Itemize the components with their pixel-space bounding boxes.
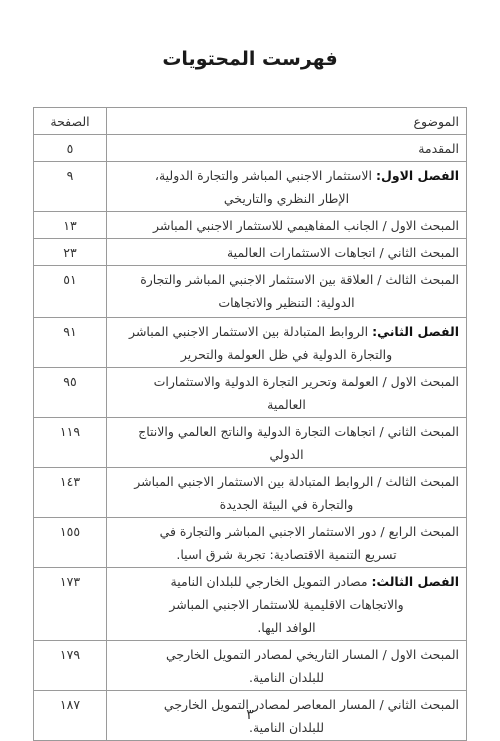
entry-title: المبحث الثالث / العلاقة بين الاستثمار ال… — [140, 272, 459, 287]
entry-title-continuation: العالمية — [114, 393, 459, 416]
entry-title: المقدمة — [418, 141, 459, 156]
entry-title: المبحث الاول / العولمة وتحرير التجارة ال… — [154, 374, 459, 389]
entry-title-continuation: الدولي — [114, 443, 459, 466]
table-row: المبحث الاول / المسار التاريخي لمصادر ال… — [34, 641, 467, 691]
chapter-label: الفصل الثالث: — [372, 574, 460, 589]
table-row: المبحث الاول / الجانب المفاهيمي للاستثما… — [34, 212, 467, 239]
page-number: ٣ — [0, 707, 500, 723]
entry-page: ١٣ — [34, 212, 107, 239]
chapter-label: الفصل الثاني: — [372, 324, 459, 339]
entry-title: المبحث الاول / المسار التاريخي لمصادر ال… — [166, 647, 459, 662]
entry-title: المبحث الثاني / اتجاهات التجارة الدولية … — [138, 424, 459, 439]
header-subject: الموضوع — [107, 108, 467, 135]
entry-subject: المبحث الاول / العولمة وتحرير التجارة ال… — [107, 368, 467, 418]
table-row: المبحث الثاني / اتجاهات الاستثمارات العا… — [34, 239, 467, 266]
entry-page: ١٧٣ — [34, 568, 107, 641]
entry-title: الاستثمار الاجنبي المباشر والتجارة الدول… — [155, 168, 376, 183]
table-of-contents: الموضوع الصفحة المقدمة٥الفصل الاول: الاس… — [33, 107, 467, 741]
entry-page: ٥ — [34, 135, 107, 162]
entry-title: الروابط المتبادلة بين الاستثمار الاجنبي … — [129, 324, 372, 339]
entry-title: المبحث الرابع / دور الاستثمار الاجنبي ال… — [160, 524, 459, 539]
entry-page: ٩٥ — [34, 368, 107, 418]
entry-subject: الفصل الثالث: مصادر التمويل الخارجي للبل… — [107, 568, 467, 641]
table-row: المبحث الثالث / الروابط المتبادلة بين ال… — [34, 468, 467, 518]
chapter-label: الفصل الاول: — [376, 168, 459, 183]
table-row: المبحث الرابع / دور الاستثمار الاجنبي ال… — [34, 518, 467, 568]
entry-page: ٩١ — [34, 318, 107, 368]
entry-page: ١٥٥ — [34, 518, 107, 568]
header-page: الصفحة — [34, 108, 107, 135]
entry-title-continuation: الوافد اليها. — [114, 616, 459, 639]
table-row: المبحث الثاني / اتجاهات التجارة الدولية … — [34, 418, 467, 468]
entry-title-continuation: الإطار النظري والتاريخي — [114, 187, 459, 210]
entry-subject: المبحث الرابع / دور الاستثمار الاجنبي ال… — [107, 518, 467, 568]
entry-page: ٢٣ — [34, 239, 107, 266]
table-row: الفصل الثالث: مصادر التمويل الخارجي للبل… — [34, 568, 467, 641]
page-title: فهرست المحتويات — [0, 48, 500, 70]
entry-subject: المبحث الاول / الجانب المفاهيمي للاستثما… — [107, 212, 467, 239]
entry-title: المبحث الثاني / اتجاهات الاستثمارات العا… — [227, 245, 459, 260]
entry-title-continuation: والتجارة في البيئة الجديدة — [114, 493, 459, 516]
entry-subject: المبحث الثالث / الروابط المتبادلة بين ال… — [107, 468, 467, 518]
entry-page: ١٤٣ — [34, 468, 107, 518]
entry-title-continuation: والتجارة الدولية في ظل العولمة والتحرير — [114, 343, 459, 366]
entry-subject: المقدمة — [107, 135, 467, 162]
table-row: المبحث الثالث / العلاقة بين الاستثمار ال… — [34, 266, 467, 318]
table-row: الفصل الاول: الاستثمار الاجنبي المباشر و… — [34, 162, 467, 212]
entry-title: المبحث الاول / الجانب المفاهيمي للاستثما… — [153, 218, 459, 233]
entry-subject: المبحث الاول / المسار التاريخي لمصادر ال… — [107, 641, 467, 691]
entry-title-continuation: والاتجاهات الاقليمية للاستثمار الاجنبي ا… — [114, 593, 459, 616]
entry-page: ٩ — [34, 162, 107, 212]
table-row: الفصل الثاني: الروابط المتبادلة بين الاس… — [34, 318, 467, 368]
table-row: المقدمة٥ — [34, 135, 467, 162]
entry-page: ٥١ — [34, 266, 107, 318]
table-header-row: الموضوع الصفحة — [34, 108, 467, 135]
entry-title-continuation: تسريع التنمية الاقتصادية: تجربة شرق اسيا… — [114, 543, 459, 566]
entry-title-continuation: للبلدان النامية. — [114, 666, 459, 689]
entry-title: مصادر التمويل الخارجي للبلدان النامية — [171, 574, 372, 589]
entry-page: ١١٩ — [34, 418, 107, 468]
entry-page: ١٧٩ — [34, 641, 107, 691]
entry-subject: المبحث الثاني / اتجاهات التجارة الدولية … — [107, 418, 467, 468]
entry-subject: المبحث الثاني / اتجاهات الاستثمارات العا… — [107, 239, 467, 266]
entry-title-continuation: الدولية: التنظير والاتجاهات — [114, 291, 459, 314]
table-row: المبحث الاول / العولمة وتحرير التجارة ال… — [34, 368, 467, 418]
entry-subject: الفصل الثاني: الروابط المتبادلة بين الاس… — [107, 318, 467, 368]
entry-subject: المبحث الثالث / العلاقة بين الاستثمار ال… — [107, 266, 467, 318]
entry-title: المبحث الثالث / الروابط المتبادلة بين ال… — [134, 474, 459, 489]
entry-subject: الفصل الاول: الاستثمار الاجنبي المباشر و… — [107, 162, 467, 212]
